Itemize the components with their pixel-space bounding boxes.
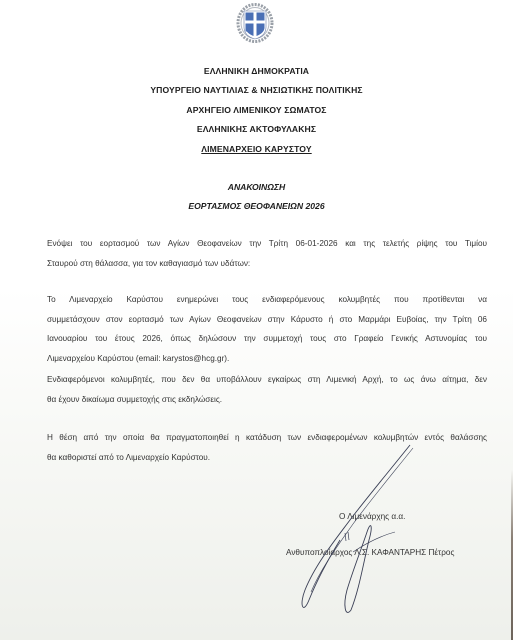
signature-icon	[295, 440, 475, 630]
paragraph-line: Λιμεναρχείου Καρύστου (email: karystos@h…	[47, 349, 487, 369]
announcement-subtitle: ΕΟΡΤΑΣΜΟΣ ΘΕΟΦΑΝΕΙΩΝ 2026	[0, 201, 513, 211]
header-headquarters: ΑΡΧΗΓΕΙΟ ΛΙΜΕΝΙΚΟΥ ΣΩΜΑΤΟΣ	[0, 105, 513, 115]
paragraph-eligibility: Ενδιαφερόμενοι κολυμβητές, που δεν θα υπ…	[47, 370, 487, 409]
paragraph-location: Η θέση από την οποία θα πραγματοποιηθεί …	[47, 428, 487, 467]
paragraph-line: Ιανουαρίου του έτους 2026, όπως δηλώσουν…	[47, 329, 487, 349]
paragraph-intro: Ενόψει του εορτασμού των Αγίων Θεοφανείω…	[47, 234, 487, 273]
signatory-title: Ο Λιμενάρχης α.α.	[339, 512, 405, 521]
header-port-authority: ΛΙΜΕΝΑΡΧΕΙΟ ΚΑΡΥΣΤΟΥ	[0, 144, 513, 154]
paragraph-line: θα καθοριστεί από το Λιμεναρχείο Καρύστο…	[47, 448, 487, 468]
paragraph-line: συμμετάσχουν στον εορτασμό των Αγίων Θεο…	[47, 310, 487, 330]
paragraph-line: Το Λιμεναρχείο Καρύστου ενημερώνει τους …	[47, 290, 487, 310]
paragraph-line: Η θέση από την οποία θα πραγματοποιηθεί …	[47, 428, 487, 448]
signatory-name: Ανθυποπλοίαρχος Λ.Σ. ΚΑΦΑΝΤΑΡΗΣ Πέτρος	[286, 548, 454, 557]
paragraph-registration: Το Λιμεναρχείο Καρύστου ενημερώνει τους …	[47, 290, 487, 368]
paragraph-line: Σταυρού στη θάλασσα, για τον καθαγιασμό …	[47, 254, 487, 274]
header-republic: ΕΛΛΗΝΙΚΗ ΔΗΜΟΚΡΑΤΙΑ	[0, 66, 513, 76]
paragraph-line: Ενδιαφερόμενοι κολυμβητές, που δεν θα υπ…	[47, 370, 487, 390]
header-coast-guard: ΕΛΛΗΝΙΚΗΣ ΑΚΤΟΦΥΛΑΚΗΣ	[0, 124, 513, 134]
header-ministry: ΥΠΟΥΡΓΕΙΟ ΝΑΥΤΙΛΙΑΣ & ΝΗΣΙΩΤΙΚΗΣ ΠΟΛΙΤΙΚ…	[0, 85, 513, 95]
paragraph-line: Ενόψει του εορτασμού των Αγίων Θεοφανείω…	[47, 234, 487, 254]
greek-coat-of-arms-icon	[236, 3, 274, 43]
announcement-title: ΑΝΑΚΟΙΝΩΣΗ	[0, 182, 513, 192]
paragraph-line: θα έχουν δικαίωμα συμμετοχής στις εκδηλώ…	[47, 390, 487, 410]
